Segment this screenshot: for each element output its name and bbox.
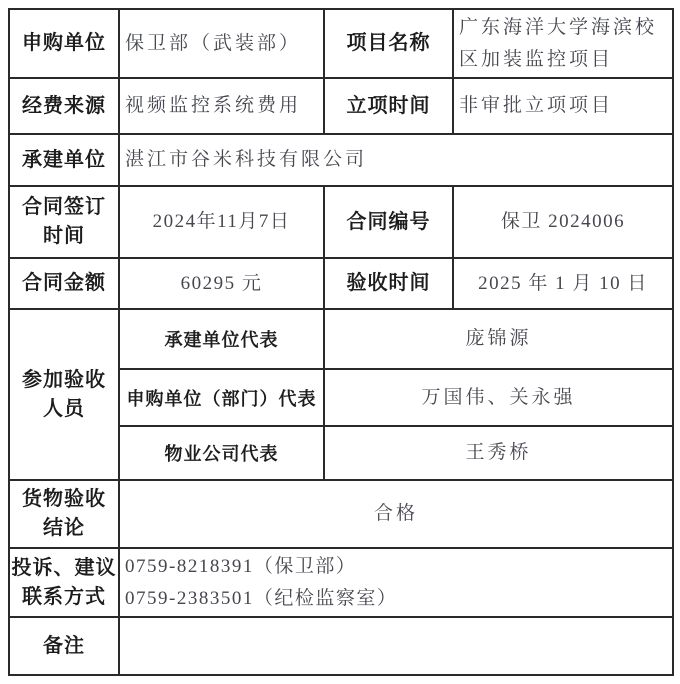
value-contract-sign-date: 2024年11月7日 [119,186,324,258]
table-row: 经费来源 视频监控系统费用 立项时间 非审批立项项目 [9,78,673,134]
label-project-approval-time: 立项时间 [324,78,453,134]
label-contractor-representative: 承建单位代表 [119,309,324,369]
value-contractor: 湛江市谷米科技有限公司 [119,134,673,186]
table-row: 申购单位 保卫部（武装部） 项目名称 广东海洋大学海滨校区加装监控项目 [9,9,673,78]
label-purchasing-unit: 申购单位 [9,9,119,78]
label-contract-amount: 合同金额 [9,258,119,309]
label-property-company-representative: 物业公司代表 [119,426,324,480]
table-row: 货物验收 结论 合格 [9,480,673,548]
value-project-name: 广东海洋大学海滨校区加装监控项目 [453,9,673,78]
value-complaint-contact: 0759-8218391（保卫部） 0759-2383501（纪检监察室） [119,548,673,617]
table-row: 承建单位 湛江市谷米科技有限公司 [9,134,673,186]
value-contractor-representative: 庞锦源 [324,309,673,369]
value-purchasing-unit: 保卫部（武装部） [119,9,324,78]
value-project-approval-time: 非审批立项项目 [453,78,673,134]
value-remarks [119,617,673,675]
value-acceptance-date: 2025 年 1 月 10 日 [453,258,673,309]
label-contract-sign-date: 合同签订 时间 [9,186,119,258]
value-funding-source: 视频监控系统费用 [119,78,324,134]
label-acceptance-date: 验收时间 [324,258,453,309]
value-contract-number: 保卫 2024006 [453,186,673,258]
label-funding-source: 经费来源 [9,78,119,134]
label-participants: 参加验收 人员 [9,309,119,480]
table-row: 投诉、建议 联系方式 0759-8218391（保卫部） 0759-238350… [9,548,673,617]
label-contractor: 承建单位 [9,134,119,186]
label-acceptance-conclusion: 货物验收 结论 [9,480,119,548]
value-contract-amount: 60295 元 [119,258,324,309]
table-row: 备注 [9,617,673,675]
value-property-company-representative: 王秀桥 [324,426,673,480]
value-acceptance-conclusion: 合格 [119,480,673,548]
label-remarks: 备注 [9,617,119,675]
label-contract-number: 合同编号 [324,186,453,258]
label-project-name: 项目名称 [324,9,453,78]
table-row: 合同金额 60295 元 验收时间 2025 年 1 月 10 日 [9,258,673,309]
acceptance-form-table: 申购单位 保卫部（武装部） 项目名称 广东海洋大学海滨校区加装监控项目 经费来源… [8,8,674,676]
label-purchasing-representative: 申购单位（部门）代表 [119,369,324,426]
table-row: 参加验收 人员 承建单位代表 庞锦源 [9,309,673,369]
value-purchasing-representative: 万国伟、关永强 [324,369,673,426]
table-row: 合同签订 时间 2024年11月7日 合同编号 保卫 2024006 [9,186,673,258]
label-complaint-contact: 投诉、建议 联系方式 [9,548,119,617]
